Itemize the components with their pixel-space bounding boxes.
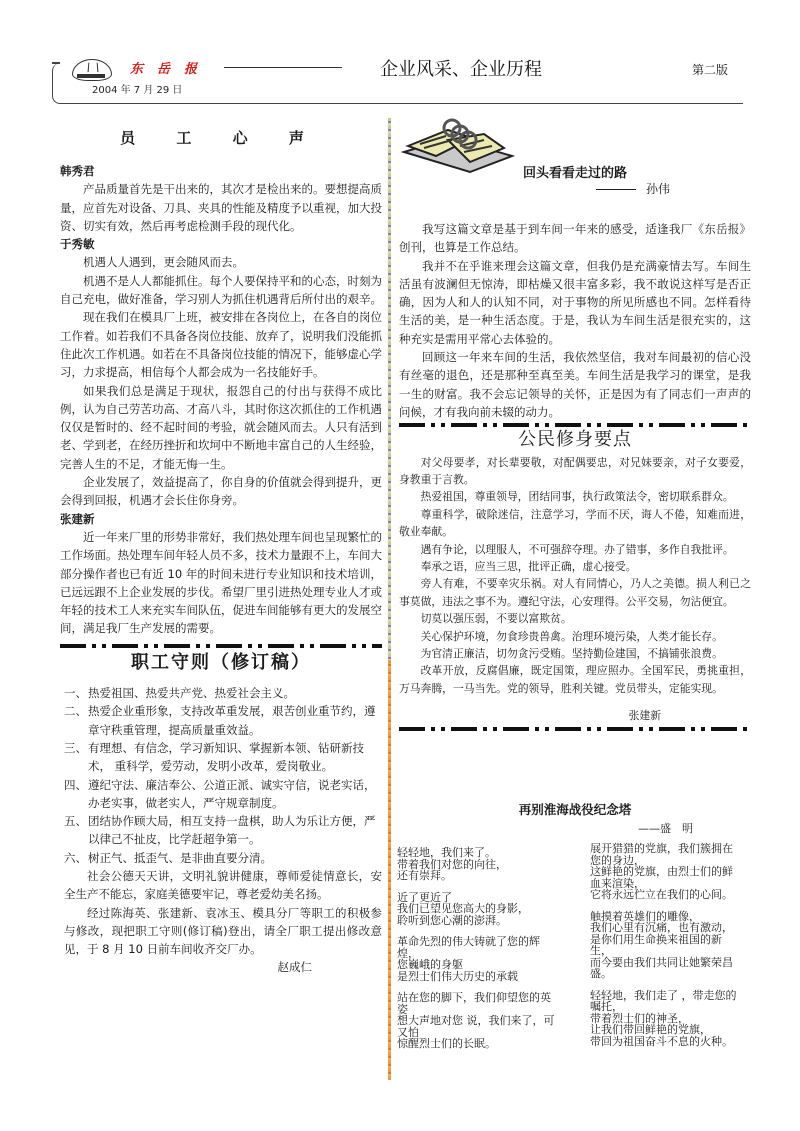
paper-name: 东岳报 (130, 58, 211, 77)
poem-line: 而今要由我们共同让她繁荣昌 (590, 957, 755, 969)
rule-item: 三、有理想、有信念，学习新知识、掌握新本领、钻研新技术， 重科学，爱劳动，发明小… (64, 739, 382, 776)
section-divider (60, 644, 382, 648)
right-column: 我写这篇文章是基于到车间一年来的感受，适逢我厂《东岳报》创刊，也算是工作总结。 … (399, 220, 751, 731)
rule-text: 树正气、抵歪气、是非曲直要分清。 (88, 849, 382, 867)
voice-entry: 韩秀君 产品质量首先是干出来的，其次才是检出来的。要想提高质量，应首先对设备、刀… (60, 162, 382, 235)
rule-number: 二、 (64, 702, 88, 739)
poem-right-column: 展开猎猎的党旗，我们簇拥在 您的身边， 这鲜艳的党旗，由烈士们的鲜 血来渲染， … (590, 843, 755, 1057)
column-divider-lower (388, 660, 391, 1080)
poem-line: 还有崇拜。 (397, 870, 577, 882)
poem-stanza: 站在您的脚下，我们仰望您的英 姿 想大声地对您 说，我们来了，可 又怕 惊醒烈士… (397, 992, 577, 1050)
poem-stanza: 触摸着英雄们的雕像， 我们心里有沉痛，也有激动， 是你们用生命换来祖国的新 生，… (590, 911, 755, 980)
rule-number: 六、 (64, 849, 88, 867)
voice-entry: 张建新 近一年来厂里的形势非常好，我们热处理车间也呈现繁忙的工作场面。热处理车间… (60, 510, 382, 638)
poem-left-column: 轻轻地，我们来了。 带着我们对您的向往， 还有崇拜。 近了更近了 我们已望见您高… (397, 847, 577, 1060)
civic-paragraph: 切莫以强压弱，不要以富欺贫。 (399, 610, 751, 627)
voice-paragraph: 现在我们在模具厂上班，被安排在各岗位上，在各自的岗位工作着。如若我们不具备各岗位… (60, 308, 382, 381)
rule-item: 四、遵纪守法、廉洁奉公、公道正派、诚实守信，说老实话，办老实事，做老实人，严守规… (64, 776, 382, 813)
rules-paragraph: 社会公德天天讲，文明礼貌讲健康，尊师爱徒情意长，安全生产不能忘，家庭美德要牢记，… (64, 867, 382, 904)
civic-paragraph: 旁人有难，不要幸灾乐祸。对人有同情心，乃人之美德。损人利已之事莫做，违法之事不为… (399, 575, 751, 610)
rule-text: 有理想、有信念，学习新知识、掌握新本领、钻研新技术， 重科学，爱劳动，发明小改革… (88, 739, 382, 776)
poem-line: 展开猎猎的党旗，我们簇拥在 (590, 843, 755, 855)
poem-line: 盛。 (590, 968, 755, 980)
rule-number: 一、 (64, 684, 88, 702)
rules-paragraph: 经过陈海英、张建新、袁冰玉、模具分厂等职工的积极参与修改，现把职工守则(修订稿)… (64, 904, 382, 959)
voice-entry: 于秀敏 机遇人人遇到，更会随风而去。 机遇不是人人都能抓住。每个人要保持平和的心… (60, 235, 382, 509)
civic-points-body: 对父母要孝，对长辈要敬，对配偶要忠，对兄妹要亲，对子女要爱，身教重于言教。 热爱… (399, 454, 751, 725)
poem-line: 它将永远伫立在我们的心间。 (590, 889, 755, 901)
poem-line: 让我们带回鲜艳的党旗， (590, 1024, 755, 1036)
byline-dash (596, 189, 636, 190)
civic-paragraph: 关心保护环境，勿食珍贵兽禽。治理环境污染，人类才能长存。 (399, 628, 751, 645)
section-divider (399, 727, 751, 731)
civic-paragraph: 改革开放，反腐倡廉，既定国策，理应照办。全国军民，勇挑重担，万马奔腾，一马当先。… (399, 662, 751, 697)
poem-line: 惊醒烈士们的长眠。 (397, 1038, 577, 1050)
poem-line: 是烈士们伟大历史的承载 (397, 971, 577, 983)
section-divider (399, 423, 751, 427)
rule-text: 团结协作顾大局，相互支持一盘棋，助人为乐让方便，严以律己不扯皮，比学赶超争第一。 (88, 812, 382, 849)
poem-title: 再别淮海战役纪念塔 (399, 800, 751, 818)
rule-number: 四、 (64, 776, 88, 813)
voice-author: 于秀敏 (60, 235, 382, 253)
masthead-rule (224, 67, 342, 68)
civic-paragraph: 对父母要孝，对长辈要敬，对配偶要忠，对兄妹要亲，对子女要爱，身教重于言教。 (399, 454, 751, 489)
poem-stanza: 展开猎猎的党旗，我们簇拥在 您的身边， 这鲜艳的党旗，由烈士们的鲜 血来渲染， … (590, 843, 755, 901)
rule-number: 五、 (64, 812, 88, 849)
voice-author: 韩秀君 (60, 162, 382, 180)
civic-paragraph: 为官清正廉洁，切勿贪污受贿。坚持勤俭建国，不搞铺张浪费。 (399, 645, 751, 662)
poem-line: 嘱托， (590, 1001, 755, 1013)
rule-number: 三、 (64, 739, 88, 776)
left-column: 员 工 心 声 韩秀君 产品质量首先是干出来的，其次才是检出来的。要想提高质量，… (60, 126, 382, 977)
poem-line: 您巍峨的身躯 (397, 959, 577, 971)
masthead: 东岳报 2004 年 7 月 29 日 企业风采、企业历程 第二版 (52, 55, 742, 105)
poem-line: 我们心里有沉痛，也有激动， (590, 922, 755, 934)
poem-line: 这鲜艳的党旗，由烈士们的鲜 (590, 866, 755, 878)
civic-signature: 张建新 (399, 707, 661, 724)
look-back-paragraph: 回顾这一年来车间的生活，我依然坚信，我对车间最初的信心没有丝毫的退色，还是那种至… (399, 348, 751, 421)
rules-signature: 赵成仁 (64, 958, 312, 976)
rule-text: 遵纪守法、廉洁奉公、公道正派、诚实守信，说老实话，办老实事，做老实人，严守规章制… (88, 776, 382, 813)
civic-paragraph: 遇有争论，以理服人，不可强辞夺理。办了错事，多作自我批评。 (399, 541, 751, 558)
civic-points-title: 公民修身要点 (399, 431, 751, 449)
civic-paragraph: 热爱祖国，尊重领导，团结同事，执行政策法令，密切联系群众。 (399, 488, 751, 505)
edition-label: 第二版 (692, 61, 728, 78)
poem-stanza: 轻轻地，我们来了。 带着我们对您的向往， 还有崇拜。 (397, 847, 577, 882)
poem-line: 想大声地对您 说，我们来了，可 (397, 1015, 577, 1027)
rule-item: 六、树正气、抵歪气、是非曲直要分清。 (64, 849, 382, 867)
civic-paragraph: 尊重科学，破除迷信，注意学习，学而不厌，诲人不倦，知难而进，敬业奉献。 (399, 506, 751, 541)
voice-author: 张建新 (60, 510, 382, 528)
rule-item: 一、热爱祖国、热爱共产党、热爱社会主义。 (64, 684, 382, 702)
poem-line: 生， (590, 945, 755, 957)
staff-rules-title: 职工守则（修订稿） (60, 654, 382, 672)
poem-line: 是你们用生命换来祖国的新 (590, 934, 755, 946)
rule-text: 热爱企业重形象，支持改革重发展，艰苦创业重节约，遵章守秩重管理，提高质量重效益。 (88, 702, 382, 739)
voice-paragraph: 企业发展了，效益提高了，你自身的价值就会得到提升，更会得到回报，机遇才会长住你身… (60, 473, 382, 510)
byline-author: 孙伟 (646, 182, 670, 196)
poem-line: 轻轻地，我们来了。 (397, 847, 577, 859)
look-back-paragraph: 我并不在乎谁来理会这篇文章，但我仍是充满豪情去写。车间生活虽有波澜但无惊涛，即枯… (399, 257, 751, 348)
issue-date: 2004 年 7 月 29 日 (92, 81, 182, 96)
rule-text: 热爱祖国、热爱共产党、热爱社会主义。 (88, 684, 382, 702)
poem-stanza: 近了更近了 我们已望见您高大的身影， 聆听到您心潮的澎湃。 (397, 892, 577, 927)
employee-voices-heading: 员 工 心 声 (60, 126, 382, 150)
civic-paragraph: 奉承之语，应当三思，批评正确，虚心接受。 (399, 558, 751, 575)
staff-rules-list: 一、热爱祖国、热爱共产党、热爱社会主义。 二、热爱企业重形象，支持改革重发展，艰… (60, 684, 382, 977)
rule-item: 二、热爱企业重形象，支持改革重发展，艰苦创业重节约，遵章守秩重管理，提高质量重效… (64, 702, 382, 739)
voice-paragraph: 机遇人人遇到，更会随风而去。 (60, 253, 382, 271)
voice-paragraph: 如果我们总是满足于现状，报怨自己的付出与获得不成比例，认为自己劳苦功高、才高八斗… (60, 382, 382, 473)
poem-line: 我们已望见您高大的身影， (397, 903, 577, 915)
poem-stanza: 革命先烈的伟大铸就了您的辉 煌， 您巍峨的身躯 是烈士们伟大历史的承载 (397, 936, 577, 982)
poem-stanza: 轻轻地，我们走了 ，带走您的 嘱托， 带着烈士们的神圣， 让我们带回鲜艳的党旗，… (590, 990, 755, 1048)
poem-byline: ——盛 明 (638, 820, 693, 836)
look-back-byline: 孙伟 (596, 180, 670, 197)
poem-line: 带回为祖国奋斗不息的火种。 (590, 1036, 755, 1048)
look-back-title: 回头看看走过的路 (399, 162, 751, 181)
voice-paragraph: 产品质量首先是干出来的，其次才是检出来的。要想提高质量，应首先对设备、刀具、夹具… (60, 180, 382, 235)
look-back-paragraph: 我写这篇文章是基于到车间一年来的感受，适逢我厂《东岳报》创刊，也算是工作总结。 (399, 220, 751, 257)
voice-paragraph: 近一年来厂里的形势非常好，我们热处理车间也呈现繁忙的工作场面。热处理车间年轻人员… (60, 528, 382, 638)
page-section-title: 企业风采、企业历程 (380, 55, 542, 81)
poem-line: 聆听到您心潮的澎湃。 (397, 915, 577, 927)
poem-line: 站在您的脚下，我们仰望您的英 (397, 992, 577, 1004)
poem-line: 革命先烈的伟大铸就了您的辉 (397, 936, 577, 948)
rule-item: 五、团结协作顾大局，相互支持一盘棋，助人为乐让方便，严以律己不扯皮，比学赶超争第… (64, 812, 382, 849)
voice-paragraph: 机遇不是人人都能抓住。每个人要保持平和的心态，时刻为自己充电，做好准备，学习别人… (60, 272, 382, 309)
